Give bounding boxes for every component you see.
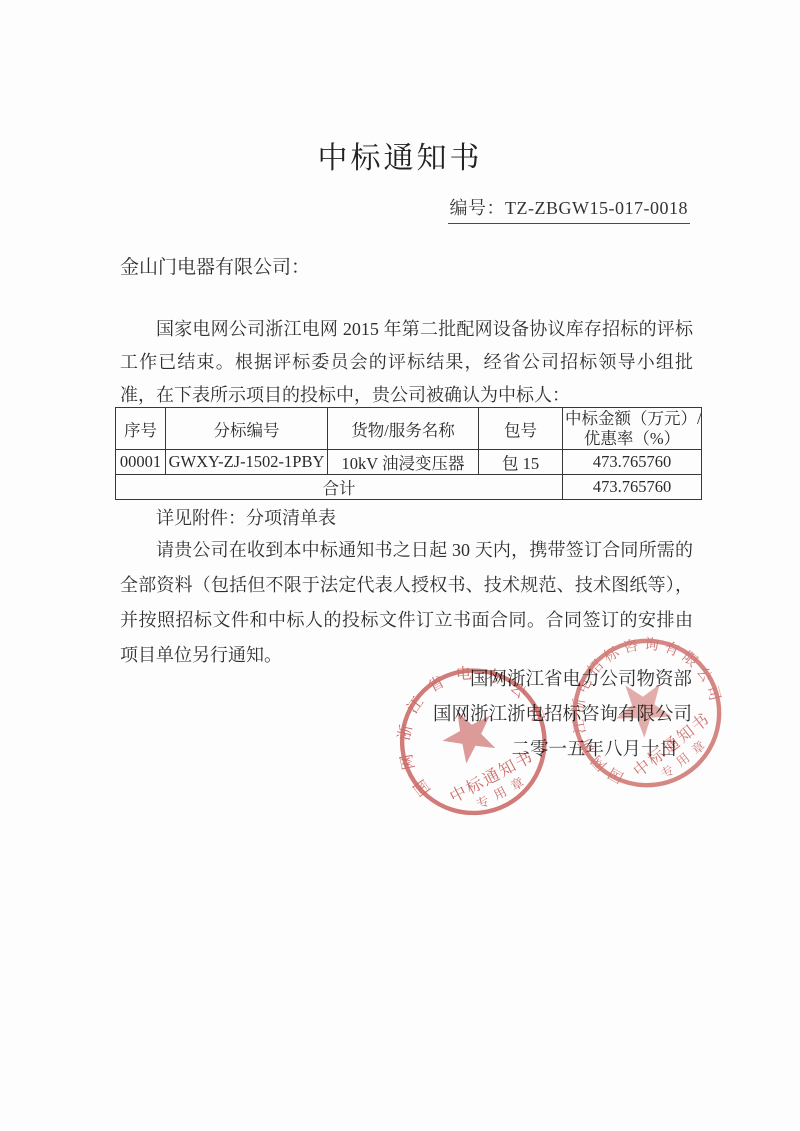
- signature-org-1: 国网浙江省电力公司物资部: [433, 663, 692, 698]
- total-label: 合计: [116, 475, 563, 500]
- header-amount-line2: 优惠率（%）: [565, 429, 699, 449]
- header-goods-name: 货物/服务名称: [328, 408, 479, 450]
- page-title: 中标通知书: [0, 133, 800, 177]
- header-amount: 中标金额（万元）/ 优惠率（%）: [563, 408, 702, 450]
- table-row: 00001 GWXY-ZJ-1502-1PBY 10kV 油浸变压器 包 15 …: [116, 450, 702, 475]
- signature-block: 国网浙江省电力公司物资部 国网浙江浙电招标咨询有限公司 二零一五年八月十日: [433, 663, 692, 768]
- cell-seq: 00001: [116, 450, 166, 475]
- table-header-row: 序号 分标编号 货物/服务名称 包号 中标金额（万元）/ 优惠率（%）: [116, 408, 702, 450]
- ref-number: 编号：TZ-ZBGW15-017-0018: [448, 194, 690, 224]
- signature-date: 二零一五年八月十日: [433, 733, 692, 768]
- header-lot-number: 分标编号: [166, 408, 328, 450]
- addressee: 金山门电器有限公司：: [120, 252, 310, 279]
- total-value: 473.765760: [563, 475, 702, 500]
- paragraph-contract-instructions: 请贵公司在收到本中标通知书之日起 30 天内，携带签订合同所需的全部资料（包括但…: [120, 533, 693, 673]
- document-page: 中标通知书 编号：TZ-ZBGW15-017-0018 金山门电器有限公司： 国…: [0, 0, 800, 1131]
- table-total-row: 合计 473.765760: [116, 475, 702, 500]
- header-seq: 序号: [116, 408, 166, 450]
- signature-org-2: 国网浙江浙电招标咨询有限公司: [433, 698, 692, 733]
- paragraph-award-result: 国家电网公司浙江电网 2015 年第二批配网设备协议库存招标的评标工作已结束。根…: [120, 313, 693, 412]
- cell-lot-number: GWXY-ZJ-1502-1PBY: [166, 450, 328, 475]
- cell-goods-name: 10kV 油浸变压器: [328, 450, 479, 475]
- cell-package: 包 15: [479, 450, 563, 475]
- header-package: 包号: [479, 408, 563, 450]
- cell-amount: 473.765760: [563, 450, 702, 475]
- award-table: 序号 分标编号 货物/服务名称 包号 中标金额（万元）/ 优惠率（%） 0000…: [115, 407, 702, 500]
- attachment-note: 详见附件：分项清单表: [156, 504, 336, 530]
- seal-line2: 专用章: [474, 771, 533, 812]
- header-amount-line1: 中标金额（万元）/: [565, 409, 699, 429]
